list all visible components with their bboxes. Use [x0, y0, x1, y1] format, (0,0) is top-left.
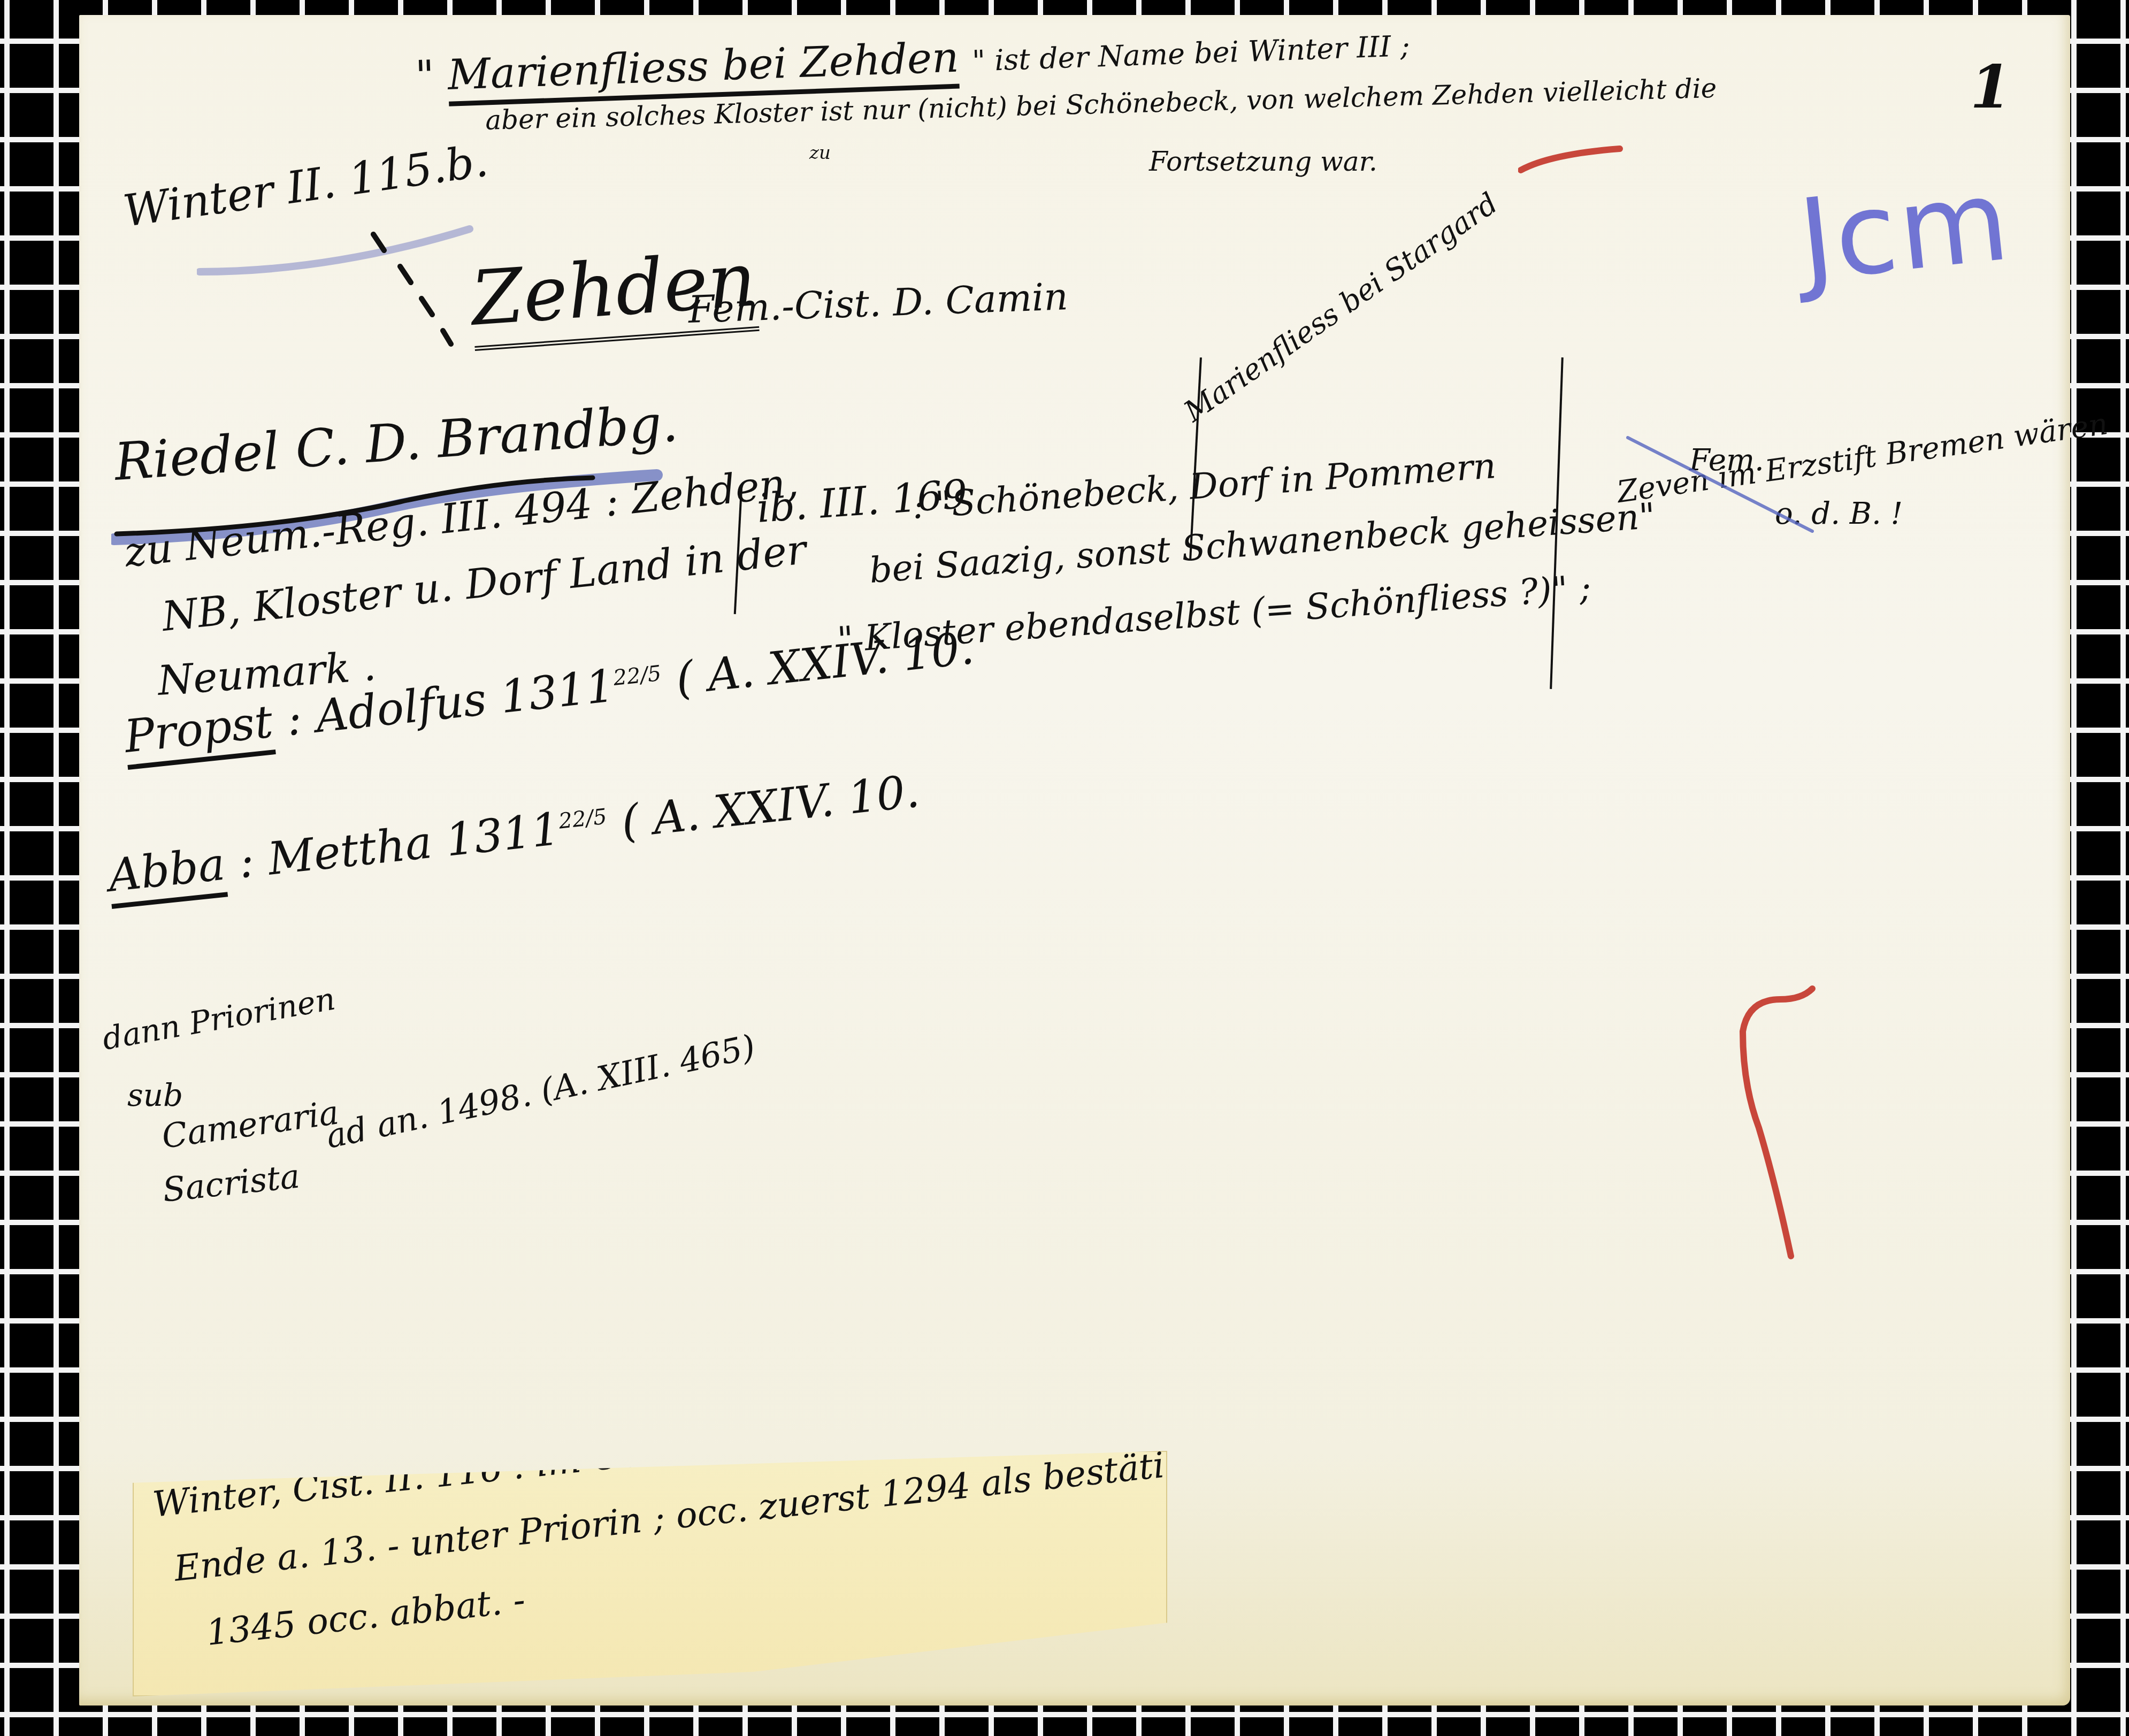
officials-line-1: dann Priorinen	[99, 981, 338, 1057]
entry-ref: ( A. XXIV. 10.	[673, 622, 976, 705]
officials-item-1: Cameraria	[159, 1092, 341, 1156]
entry-fraction: 22/5	[612, 661, 662, 691]
officials-item-2: Sacrista	[160, 1157, 302, 1210]
slip-line-3: 1345 occ. abbat. -	[204, 1579, 527, 1654]
dotted-connector	[363, 229, 459, 347]
open-quote: "	[415, 52, 435, 101]
archival-card: " Marienfliess bei Zehden " ist der Name…	[79, 15, 2070, 1706]
header-line-3: Fortsetzung war.	[1149, 146, 1377, 177]
red-pencil-mark	[1727, 978, 1823, 1267]
header-interlinear: zu	[809, 142, 831, 164]
entry-abba: Abba : Mettha 131122/5 ( A. XXIV. 10.	[106, 764, 922, 902]
officials-line-2: sub	[127, 1077, 183, 1113]
officials-shared: ad an. 1498. (A. XIII. 465)	[323, 1027, 759, 1156]
header-rest: " ist der Name bei Winter III ;	[971, 29, 1410, 78]
vertical-note: Marienfliess bei Stargard	[1178, 186, 1504, 429]
entry-label: Abba	[106, 838, 228, 909]
entry-text: : Mettha 1311	[236, 802, 562, 888]
blue-pencil-mark: Jcm	[1793, 154, 2016, 307]
blue-strike-through	[1625, 432, 1818, 539]
entry-ref: ( A. XXIV. 10.	[619, 764, 922, 848]
entry-fraction: 22/5	[557, 804, 608, 833]
page-marker: 1	[1970, 52, 2011, 121]
red-underline-mark	[1518, 138, 1625, 181]
entry-label: Propst	[122, 695, 276, 769]
